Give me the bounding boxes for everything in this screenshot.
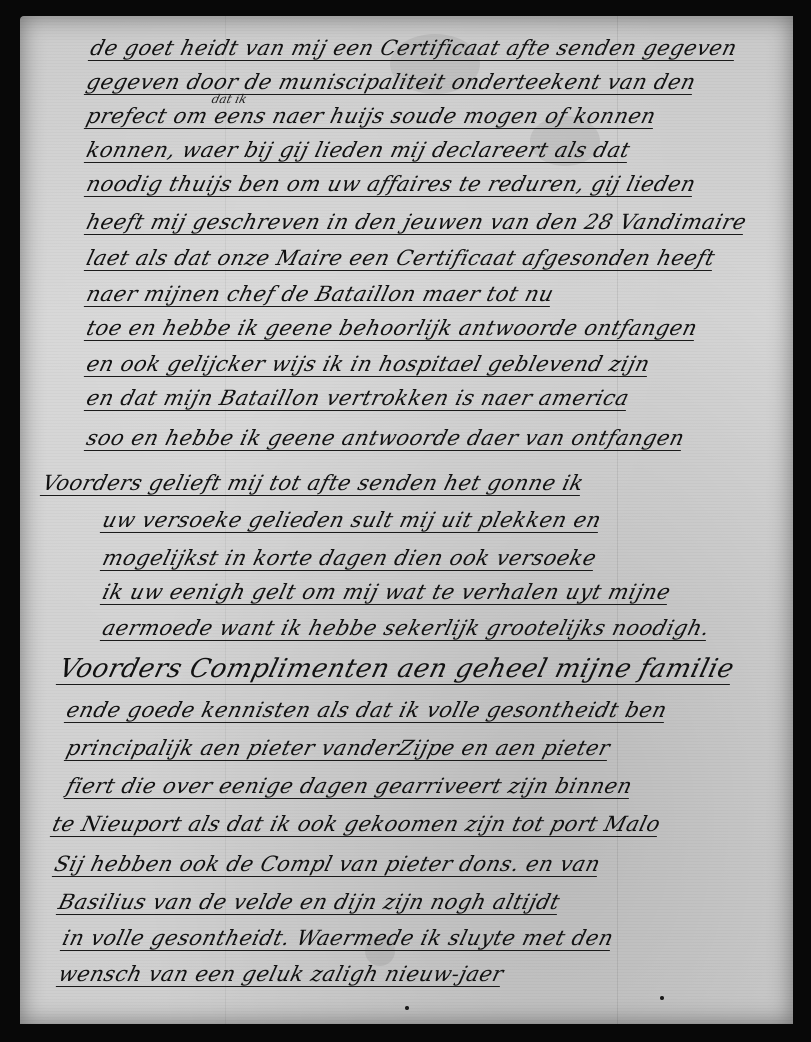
letter-page: dat ik de goet heidt van mij een Certifi…	[20, 16, 793, 1024]
letter-line-18: Voorders Complimenten aen geheel mijne f…	[56, 654, 737, 684]
scan-background: dat ik de goet heidt van mij een Certifi…	[0, 0, 811, 1042]
letter-line-4: konnen, waer bij gij lieden mij declaree…	[84, 138, 633, 162]
letter-line-26: wensch van een geluk zaligh nieuw-jaer	[56, 962, 506, 986]
letter-line-8: naer mijnen chef de Bataillon maer tot n…	[84, 282, 556, 306]
letter-line-12: soo en hebbe ik geene antwoorde daer van…	[84, 426, 687, 450]
letter-line-20: principalijk aen pieter vanderZijpe en a…	[64, 736, 613, 760]
letter-line-2: gegeven door de muniscipaliteit ondertee…	[84, 70, 698, 94]
letter-line-5: noodig thuijs ben om uw affaires te redu…	[84, 172, 698, 196]
letter-line-25: in volle gesontheidt. Waermede ik sluyte…	[60, 926, 616, 950]
letter-line-3: prefect om eens naer huijs soude mogen o…	[84, 104, 659, 128]
letter-line-21: fiert die over eenige dagen gearriveert …	[64, 774, 635, 798]
letter-line-16: ik uw eenigh gelt om mij wat te verhalen…	[100, 580, 673, 604]
letter-line-23: Sij hebben ook de Compl van pieter dons.…	[52, 852, 603, 876]
letter-line-11: en dat mijn Bataillon vertrokken is naer…	[84, 386, 632, 410]
letter-line-10: en ook gelijcker wijs ik in hospitael ge…	[84, 352, 653, 376]
ink-dot	[405, 1006, 409, 1010]
letter-line-13: Voorders gelieft mij tot afte senden het…	[40, 471, 586, 495]
letter-line-14: uw versoeke gelieden sult mij uit plekke…	[100, 508, 604, 532]
letter-line-1: de goet heidt van mij een Certificaat af…	[88, 36, 740, 60]
letter-line-19: ende goede kennisten als dat ik volle ge…	[64, 698, 670, 722]
letter-line-15: mogelijkst in korte dagen dien ook verso…	[100, 546, 599, 570]
letter-line-9: toe en hebbe ik geene behoorlijk antwoor…	[84, 316, 700, 340]
letter-line-6: heeft mij geschreven in den jeuwen van d…	[84, 210, 749, 234]
letter-body: dat ik de goet heidt van mij een Certifi…	[20, 16, 793, 1024]
letter-line-17: aermoede want ik hebbe sekerlijk grootel…	[100, 616, 712, 640]
ink-dot	[660, 996, 664, 1000]
letter-line-24: Basilius van de velde en dijn zijn nogh …	[56, 890, 563, 914]
letter-line-22: te Nieuport als dat ik ook gekoomen zijn…	[50, 812, 663, 836]
letter-line-7: laet als dat onze Maire een Certificaat …	[84, 246, 718, 270]
